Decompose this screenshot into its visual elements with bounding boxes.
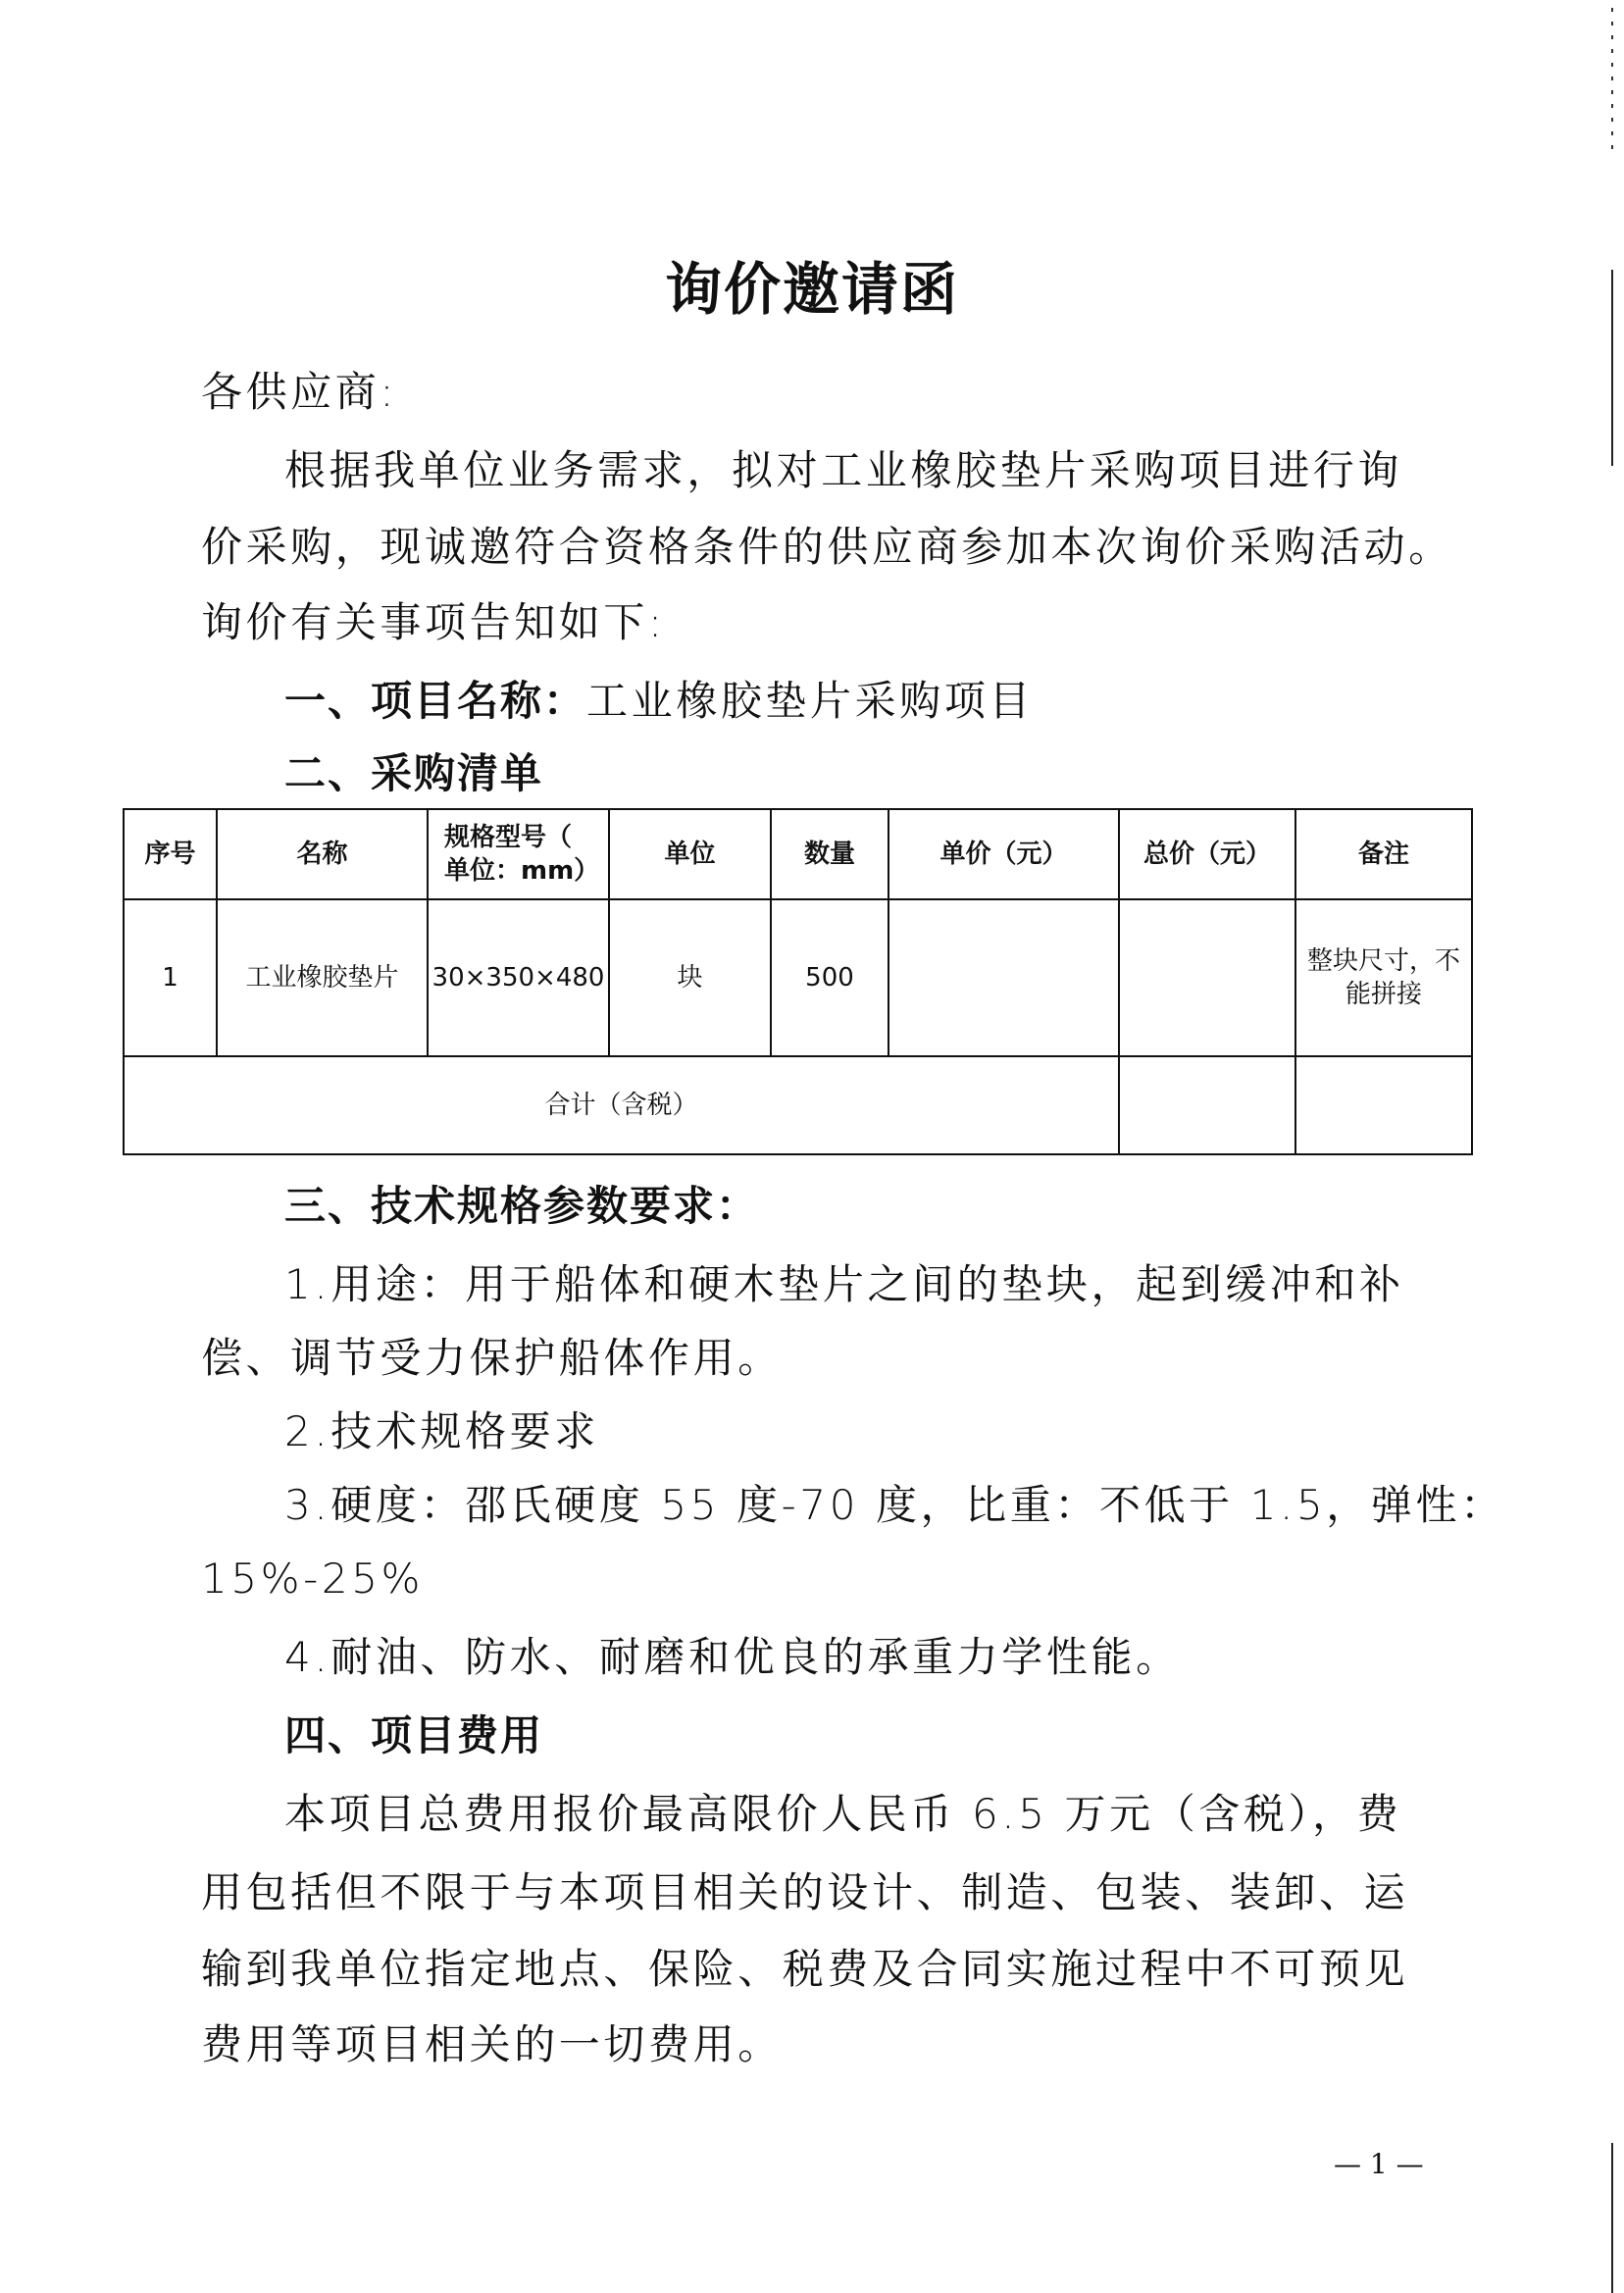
salutation: 各供应商: (201, 368, 397, 417)
header-spec-line1: 规格型号（ (444, 821, 608, 854)
scan-edge-line (1611, 270, 1613, 466)
cost-line-4: 费用等项目相关的一切费用。 (201, 2020, 783, 2069)
page-number: — 1 — (1334, 2148, 1424, 2180)
header-name: 名称 (217, 809, 428, 899)
header-total-price: 总价（元） (1119, 809, 1295, 899)
header-unit-price: 单价（元） (888, 809, 1119, 899)
section-1-label: 一、项目名称： (284, 677, 586, 725)
spec-line-5: 15%-25% (201, 1554, 424, 1604)
header-spec: 规格型号（ 单位：mm） (428, 809, 609, 899)
section-1-heading: 一、项目名称：工业橡胶垫片采购项目 (284, 677, 1034, 726)
spec-line-4: 3.硬度：邵氏硬度 55 度-70 度，比重：不低于 1.5，弹性： (284, 1481, 1505, 1530)
table-total-row: 合计（含税） (124, 1056, 1472, 1154)
procurement-table: 序号 名称 规格型号（ 单位：mm） 单位 数量 单价（元） 总价（元） 备注 … (123, 808, 1473, 1155)
total-value (1119, 1056, 1295, 1154)
cell-unit-price (888, 899, 1119, 1056)
document-title: 询价邀请函 (0, 243, 1624, 326)
section-4-heading: 四、项目费用 (284, 1711, 543, 1760)
total-remarks (1295, 1056, 1472, 1154)
project-name: 工业橡胶垫片采购项目 (586, 677, 1034, 725)
cell-index: 1 (124, 899, 217, 1056)
cell-quantity: 500 (771, 899, 888, 1056)
cost-line-2: 用包括但不限于与本项目相关的设计、制造、包装、装卸、运 (201, 1868, 1408, 1917)
remarks-line2: 能拼接 (1296, 978, 1471, 1011)
spec-line-1: 1.用途：用于船体和硬木垫片之间的垫块，起到缓冲和补 (284, 1260, 1404, 1309)
spec-line-2: 偿、调节受力保护船体作用。 (201, 1334, 783, 1383)
intro-line-1: 根据我单位业务需求，拟对工业橡胶垫片采购项目进行询 (284, 446, 1402, 495)
spec-line-3: 2.技术规格要求 (284, 1407, 599, 1456)
cell-name: 工业橡胶垫片 (217, 899, 428, 1056)
cost-line-3: 输到我单位指定地点、保险、税费及合同实施过程中不可预见 (201, 1945, 1408, 1994)
intro-line-2: 价采购，现诚邀符合资格条件的供应商参加本次询价采购活动。 (201, 523, 1453, 572)
cell-unit: 块 (609, 899, 771, 1056)
total-label: 合计（含税） (124, 1056, 1119, 1154)
intro-line-3: 询价有关事项告知如下: (201, 598, 666, 647)
cell-total-price (1119, 899, 1295, 1056)
table-row: 1 工业橡胶垫片 30×350×480 块 500 整块尺寸，不 能拼接 (124, 899, 1472, 1056)
section-3-heading: 三、技术规格参数要求： (284, 1182, 759, 1231)
cell-remarks: 整块尺寸，不 能拼接 (1295, 899, 1472, 1056)
section-2-heading: 二、采购清单 (284, 749, 543, 798)
spec-line-6: 4.耐油、防水、耐磨和优良的承重力学性能。 (284, 1633, 1181, 1682)
scan-edge-marks (1611, 8, 1613, 155)
header-quantity: 数量 (771, 809, 888, 899)
header-remarks: 备注 (1295, 809, 1472, 899)
remarks-line1: 整块尺寸，不 (1296, 944, 1471, 978)
header-unit: 单位 (609, 809, 771, 899)
table-header-row: 序号 名称 规格型号（ 单位：mm） 单位 数量 单价（元） 总价（元） 备注 (124, 809, 1472, 899)
cost-line-1: 本项目总费用报价最高限价人民币 6.5 万元（含税），费 (284, 1790, 1401, 1839)
header-index: 序号 (124, 809, 217, 899)
cell-spec: 30×350×480 (428, 899, 609, 1056)
header-spec-line2: 单位：mm） (444, 854, 608, 888)
scan-edge-line-bottom (1611, 2143, 1613, 2293)
